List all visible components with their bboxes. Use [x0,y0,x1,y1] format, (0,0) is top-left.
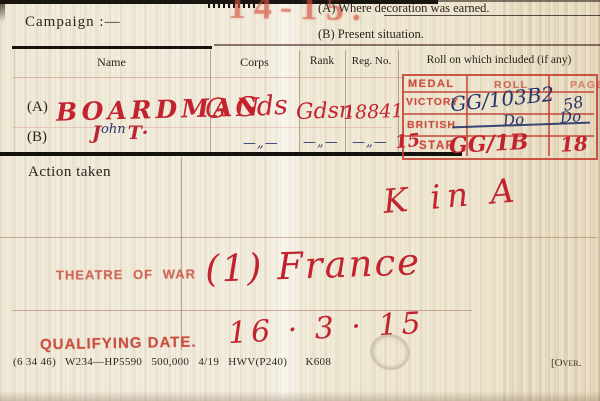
reg-no-handwritten: 18841 [343,100,404,124]
table-bottom-rule [0,152,462,156]
theatre-value-handwritten: (1) France [204,240,421,291]
campaign-label: Campaign :— [25,14,121,31]
note-a-underline [384,15,600,16]
forename-initial: J [92,122,101,144]
star-roll-handwritten: GG/1B [448,129,529,159]
column-header-rank: Rank [299,55,345,67]
qualifying-date-stamp: QUALIFYING DATE. [40,334,197,354]
column-header-corps: Corps [210,55,299,70]
british-roll-handwritten: Do [502,110,525,130]
bottom-shadow [0,391,600,401]
row-divider-faint [13,127,393,128]
header-row-underline [13,77,402,78]
action-taken-label: Action taken [28,164,111,181]
medal-index-card: Campaign :— 14-15. (A) Where decoration … [0,0,600,401]
corner-smudge [0,0,5,22]
header-rule-thin [214,44,600,46]
column-header-name: Name [13,55,210,70]
divider-rule-1 [0,237,597,238]
campaign-underline [12,46,212,49]
ditto-mark-rank: —„— [303,135,339,150]
killed-in-action-handwritten: K in A [382,170,522,221]
medal-stamp-label: MEDAL [408,78,455,90]
corps-handwritten: G Gds [204,90,288,125]
forename-suffix: T· [128,122,149,144]
ditto-mark-reg: —„— [352,135,388,150]
note-b-label: (B) Present situation. [318,27,424,42]
page-column-stamp-label: PAGE [570,79,600,91]
printer-code: (6 34 46) W234—HP5590 500,000 4/19 HWV(P… [13,356,331,368]
column-header-roll: Roll on which included (if any) [398,54,600,66]
mid-vertical-rule [181,157,182,350]
star-page-handwritten: 18 [559,131,588,156]
column-header-reg-no: Reg. No. [345,55,398,67]
forename-handwritten: JohnT· [92,122,148,144]
star-prefix-handwritten: 15 [394,130,421,154]
row-b-label: (B) [27,129,47,146]
theatre-of-war-stamp: THEATRE OF WAR [56,266,196,282]
over-label: [Over. [551,357,581,369]
british-page-handwritten: Do [559,107,582,127]
note-a-label: (A) Where decoration was earned. [318,1,490,16]
forename-rest: ohn [101,122,126,137]
ditto-mark-corps: —„— [243,136,279,151]
row-a-label: (A) [27,99,48,116]
